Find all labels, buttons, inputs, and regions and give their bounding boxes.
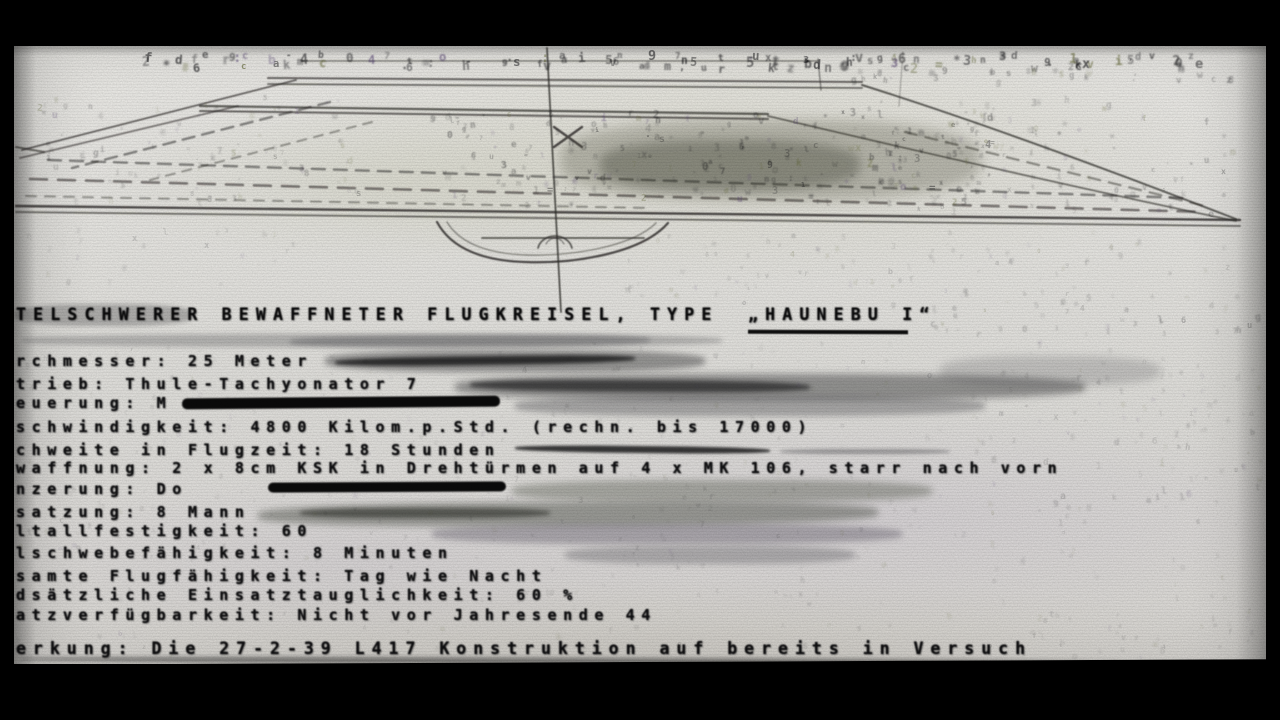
spec-line: erkung: Die 27-2-39 L417 Konstruktion au… — [16, 639, 1032, 658]
spec-line: trieb: Thule-Tachyonator 7 — [16, 375, 422, 393]
letterbox-bar-right — [1266, 0, 1280, 720]
spec-line: rchmesser: 25 Meter — [16, 352, 313, 370]
smudge — [600, 140, 860, 190]
document-heading-type-name: „HAUNEBU I“ — [748, 305, 936, 324]
spec-line: euerung: M — [16, 394, 172, 412]
smudge — [565, 546, 855, 564]
spec-line: lschwebefähigkeit: 8 Minuten — [16, 544, 454, 562]
spec-line: satzung: 8 Mann — [16, 503, 250, 521]
letterbox-bar-bottom — [0, 659, 1280, 720]
smudge — [780, 449, 950, 454]
spec-line: schwindigkeit: 4800 Kilom.p.Std. (rechn.… — [16, 418, 813, 436]
document-heading: TELSCHWERER BEWAFFNETER FLUGKREISEL, TYP… — [16, 305, 719, 324]
diagram-lower-turret — [437, 222, 668, 262]
smudge — [300, 508, 550, 518]
diagram-hull-baseline — [16, 206, 1240, 220]
video-still-frame: TELSCHWERER BEWAFFNETER FLUGKREISEL, TYP… — [0, 0, 1280, 720]
smudge — [512, 480, 932, 502]
diagram-centerline — [547, 48, 561, 312]
spec-line: ltallfestigkeit: 60 — [16, 522, 313, 540]
spec-line: waffnung: 2 x 8cm KSK in Drehtürmen auf … — [16, 459, 1063, 477]
spec-line: atzverfügbarkeit: Nicht vor Jahresende 4… — [16, 606, 657, 624]
redaction-bar — [268, 481, 506, 492]
spec-line: chweite in Flugzeit: 18 Stunden — [16, 441, 501, 459]
smudge — [940, 356, 1160, 386]
letterbox-bar-left — [0, 0, 14, 720]
letterbox-bar-top — [0, 0, 1280, 46]
spec-line: samte Flugfähigkeit: Tag wie Nacht — [16, 567, 547, 585]
spec-line: dsätzliche Einsatztauglichkeit: 60 % — [16, 586, 579, 604]
smudge — [515, 396, 985, 416]
heading-underline — [748, 330, 908, 335]
smudge — [432, 524, 902, 544]
spec-line: nzerung: Do — [16, 480, 188, 498]
